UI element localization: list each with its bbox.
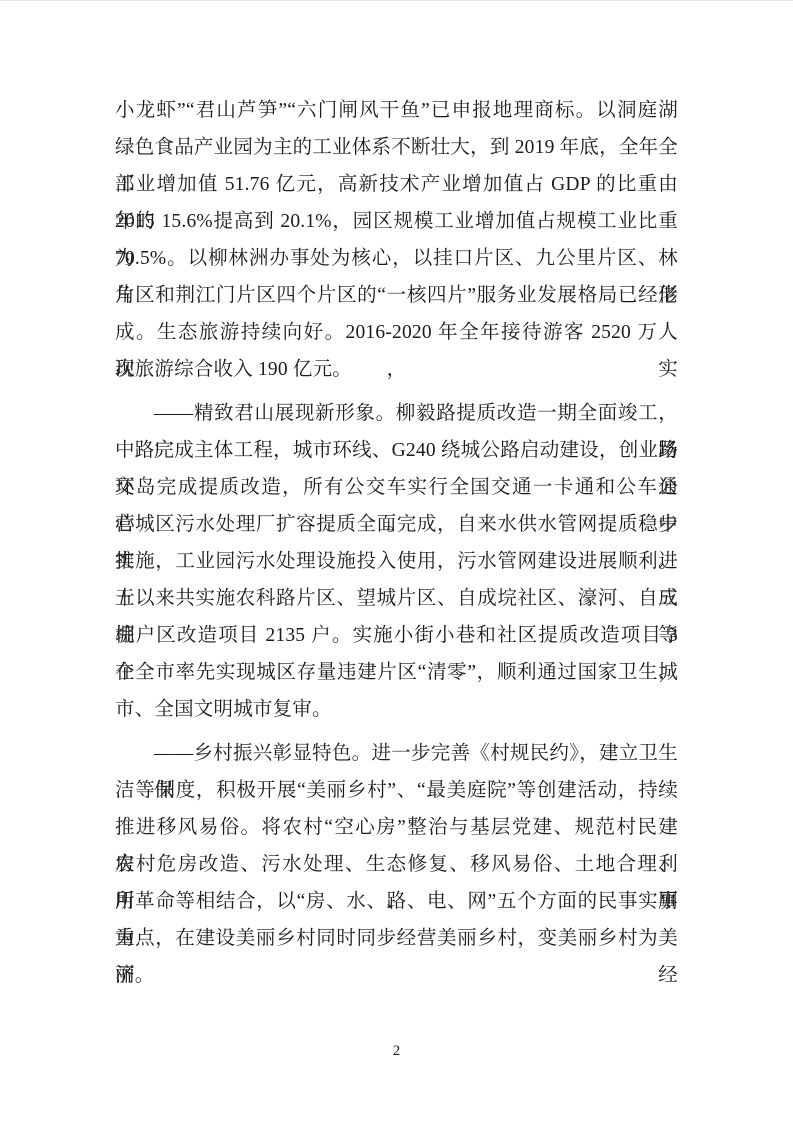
text-line: 所革命等相结合，以“房、水、路、电、网”五个方面的民事实事为 — [115, 883, 678, 920]
text-line: 农村危房改造、污水处理、生态修复、移风易俗、土地合理利用、厕 — [115, 846, 678, 883]
text-line: ——精致君山展现新形象。柳毅路提质改造一期全面竣工，广场 — [115, 395, 678, 432]
text-line: 片区和荆江门片区四个片区的“一核四片”服务业发展格局已经形 — [115, 277, 678, 314]
document-page: { "page": { "background": "#ffffff", "te… — [0, 0, 793, 1123]
text-line: 环岛完成提质改造，所有公交车实行全国交通一卡通和公车公营。中 — [115, 469, 678, 506]
paragraph: ——精致君山展现新形象。柳毅路提质改造一期全面竣工，广场中路完成主体工程，城市环… — [115, 395, 678, 728]
document-body: 小龙虾”“君山芦笋”“六门闸风干鱼”已申报地理商标。以洞庭湖绿色食品产业园为主的… — [115, 92, 678, 1001]
text-line: 中路完成主体工程，城市环线、G240 绕城公路启动建设，创业路交通 — [115, 432, 678, 469]
text-line: 心城区污水处理厂扩容提质全面完成，自来水供水管网提质稳步推进 — [115, 506, 678, 543]
text-line: 棚户区改造项目 2135 户。实施小街小巷和社区提质改造项目 3 个， — [115, 617, 678, 654]
text-line: 在全市率先实现城区存量违建片区“清零”，顺利通过国家卫生城 — [115, 654, 678, 691]
text-line: 70.5%。以柳林洲办事处为核心，以挂口片区、九公里片区、林角佬 — [115, 240, 678, 277]
text-line: 工业增加值 51.76 亿元，高新技术产业增加值占 GDP 的比重由 2015 — [115, 166, 678, 203]
text-line: 洁等制度，积极开展“美丽乡村”、“最美庭院”等创建活动，持续 — [115, 772, 678, 809]
paragraphs-container: 小龙虾”“君山芦笋”“六门闸风干鱼”已申报地理商标。以洞庭湖绿色食品产业园为主的… — [115, 92, 678, 994]
text-line: 推进移风易俗。将农村“空心房”整治与基层党建、规范村民建房、 — [115, 809, 678, 846]
page-number: 2 — [0, 1041, 793, 1061]
text-line: 五以来共实施农科路片区、望城片区、自成垸社区、濠河、自成垸等 — [115, 580, 678, 617]
text-line: 实施，工业园污水处理设施投入使用，污水管网建设进展顺利。十三 — [115, 543, 678, 580]
text-line: 成。生态旅游持续向好。2016-2020 年全年接待游客 2520 万人次，实 — [115, 314, 678, 351]
text-line: 年的 15.6%提高到 20.1%，园区规模工业增加值占规模工业比重为 — [115, 203, 678, 240]
text-line: 小龙虾”“君山芦笋”“六门闸风干鱼”已申报地理商标。以洞庭湖 — [115, 92, 678, 129]
text-line: 市、全国文明城市复审。 — [115, 691, 678, 728]
text-line: 重点，在建设美丽乡村同时同步经营美丽乡村，变美丽乡村为美丽经 — [115, 920, 678, 957]
text-line: ——乡村振兴彰显特色。进一步完善《村规民约》，建立卫生保 — [115, 735, 678, 772]
paragraph: 小龙虾”“君山芦笋”“六门闸风干鱼”已申报地理商标。以洞庭湖绿色食品产业园为主的… — [115, 92, 678, 388]
text-line: 绿色食品产业园为主的工业体系不断壮大，到 2019 年底，全年全部 — [115, 129, 678, 166]
paragraph: ——乡村振兴彰显特色。进一步完善《村规民约》，建立卫生保洁等制度，积极开展“美丽… — [115, 735, 678, 994]
